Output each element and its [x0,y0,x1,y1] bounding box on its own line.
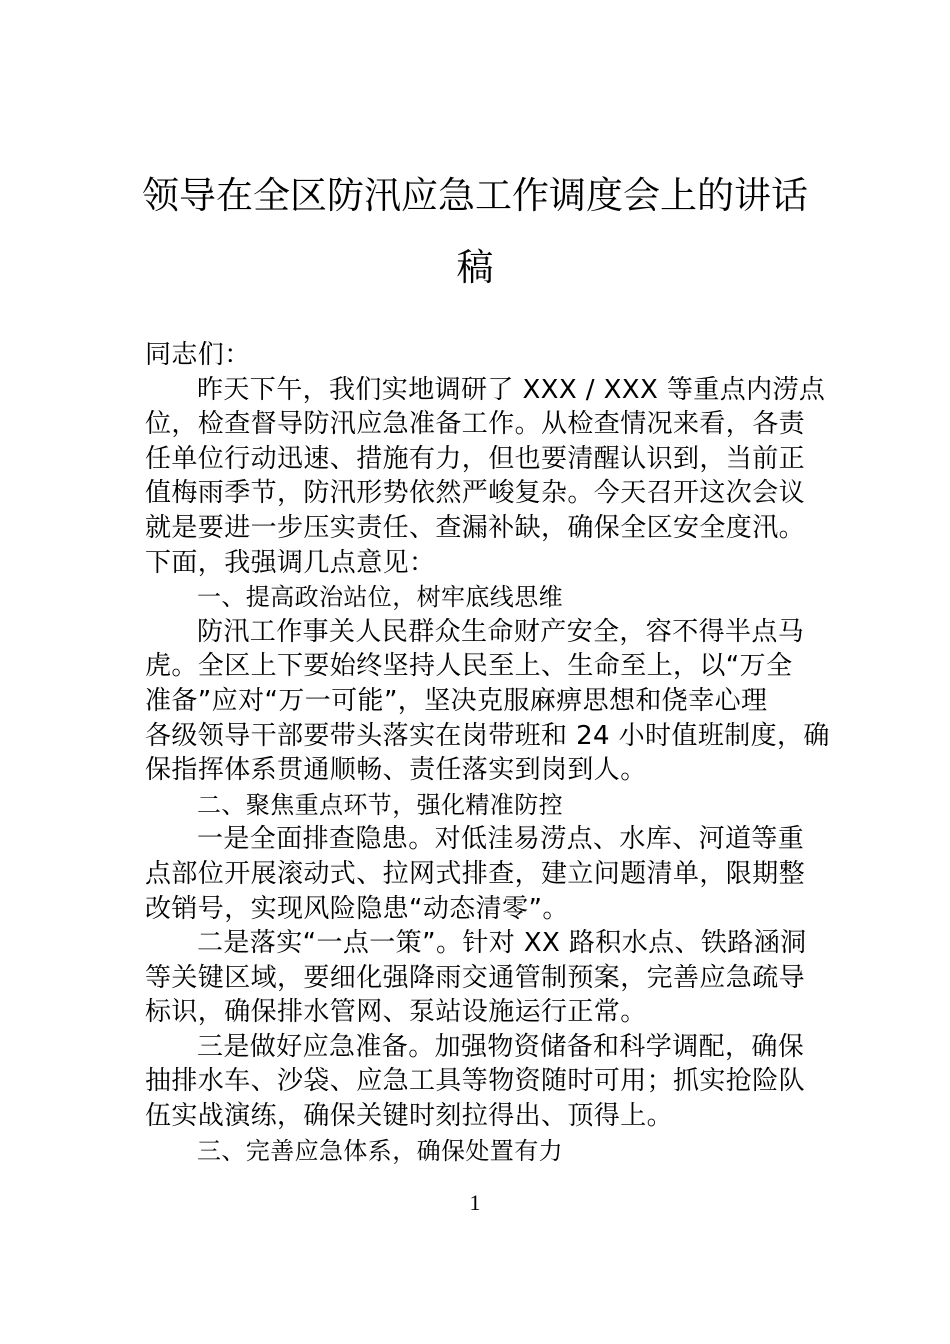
section-heading: 一、提高政治站位，树牢底线思维 [145,580,810,615]
paragraph-line: 伍实战演练，确保关键时刻拉得出、顶得上。 [145,1099,810,1134]
document-title-line-1: 领导在全区防汛应急工作调度会上的讲话 [140,176,810,216]
section-heading: 二、聚焦重点环节，强化精准防控 [145,788,810,823]
paragraph-line: 昨天下午，我们实地调研了 XXX / XXX 等重点内涝点 [145,373,810,408]
document-page: 领导在全区防汛应急工作调度会上的讲话 稿 同志们：昨天下午，我们实地调研了 XX… [0,0,950,1344]
paragraph-line: 值梅雨季节，防汛形势依然严峻复杂。今天召开这次会议 [145,476,810,511]
paragraph-line: 位，检查督导防汛应急准备工作。从检查情况来看，各责 [145,407,810,442]
paragraph-line: 点部位开展滚动式、拉网式排查，建立问题清单，限期整 [145,857,810,892]
document-title-line-2: 稿 [140,248,810,288]
paragraph-line: 标识，确保排水管网、泵站设施运行正常。 [145,995,810,1030]
paragraph-line: 保指挥体系贯通顺畅、责任落实到岗到人。 [145,753,810,788]
paragraph-line: 各级领导干部要带头落实在岗带班和 24 小时值班制度，确 [145,719,810,754]
document-body: 同志们：昨天下午，我们实地调研了 XXX / XXX 等重点内涝点位，检查督导防… [145,338,810,1168]
paragraph-line: 三是做好应急准备。加强物资储备和科学调配，确保 [145,1030,810,1065]
page-number: 1 [0,1190,950,1216]
paragraph-line: 任单位行动迅速、措施有力，但也要清醒认识到，当前正 [145,442,810,477]
section-heading: 三、完善应急体系，确保处置有力 [145,1134,810,1169]
paragraph-line: 二是落实“一点一策”。针对 XX 路积水点、铁路涵洞 [145,926,810,961]
paragraph-line: 就是要进一步压实责任、查漏补缺，确保全区安全度汛。 [145,511,810,546]
paragraph-line: 下面，我强调几点意见： [145,546,810,581]
paragraph-line: 等关键区域，要细化强降雨交通管制预案，完善应急疏导 [145,961,810,996]
paragraph-line: 准备”应对“万一可能”，坚决克服麻痹思想和侥幸心理 [145,684,810,719]
paragraph-line: 虎。全区上下要始终坚持人民至上、生命至上，以“万全 [145,649,810,684]
paragraph-line: 抽排水车、沙袋、应急工具等物资随时可用；抓实抢险队 [145,1064,810,1099]
paragraph-line: 防汛工作事关人民群众生命财产安全，容不得半点马 [145,615,810,650]
paragraph-line: 改销号，实现风险隐患“动态清零”。 [145,892,810,927]
paragraph-line: 一是全面排查隐患。对低洼易涝点、水库、河道等重 [145,822,810,857]
paragraph-line: 同志们： [145,338,810,373]
